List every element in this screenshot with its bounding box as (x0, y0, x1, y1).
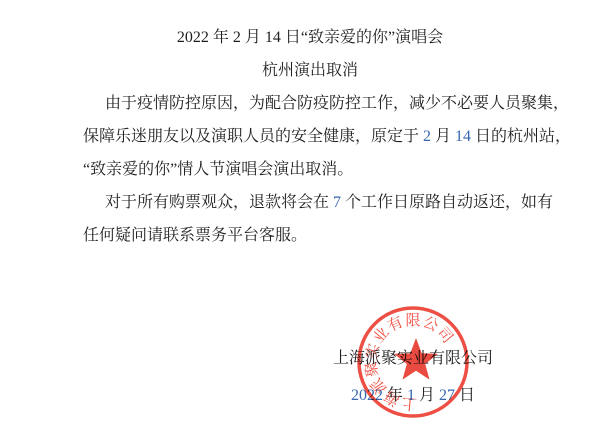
highlight-number: 2 (423, 128, 431, 145)
body-line-2: 保障乐迷朋友以及演职人员的安全健康，原定于 2 月 14 日的杭州站， (83, 120, 537, 153)
notice-content: 2022 年 2 月 14 日“致亲爱的你”演唱会 杭州演出取消 由于疫情防控原… (83, 21, 537, 252)
highlight-number: 7 (333, 194, 341, 211)
text-segment: “致亲爱的你”情人节演唱会演出取消。 (83, 161, 353, 178)
body-line-1: 由于疫情防控原因，为配合防疫防控工作，减少不必要人员聚集， (83, 87, 537, 120)
text-segment: 保障乐迷朋友以及演职人员的安全健康，原定于 (83, 128, 423, 145)
body-line-3: “致亲爱的你”情人节演唱会演出取消。 (83, 153, 537, 186)
text-segment: 由于疫情防控原因，为配合防疫防控工作，减少不必要人员聚集， (105, 95, 569, 112)
body-line-4: 对于所有购票观众，退款将会在 7 个工作日原路自动返还，如有 (83, 186, 537, 219)
highlight-number: 14 (455, 128, 471, 145)
text-segment: 任何疑问请联系票务平台客服。 (83, 227, 307, 244)
seal-char: 限 (405, 312, 420, 329)
notice-page: 2022 年 2 月 14 日“致亲爱的你”演唱会 杭州演出取消 由于疫情防控原… (0, 0, 601, 437)
notice-title-line1: 2022 年 2 月 14 日“致亲爱的你”演唱会 (83, 21, 537, 54)
seal-char: 上 (401, 394, 417, 412)
notice-title-line2: 杭州演出取消 (83, 54, 537, 87)
text-segment: 对于所有购票观众，退款将会在 (105, 194, 333, 211)
seal-char: 聚 (362, 360, 381, 378)
company-seal: 上 海 派 聚 实 业 有 限 公 司 (343, 292, 483, 432)
body-line-5: 任何疑问请联系票务平台客服。 (83, 219, 537, 252)
text-segment: 个工作日原路自动返还，如有 (341, 194, 553, 211)
text-segment: 日的杭州站， (471, 128, 571, 145)
text-segment: 月 (431, 128, 455, 145)
seal-star-icon (394, 338, 438, 380)
